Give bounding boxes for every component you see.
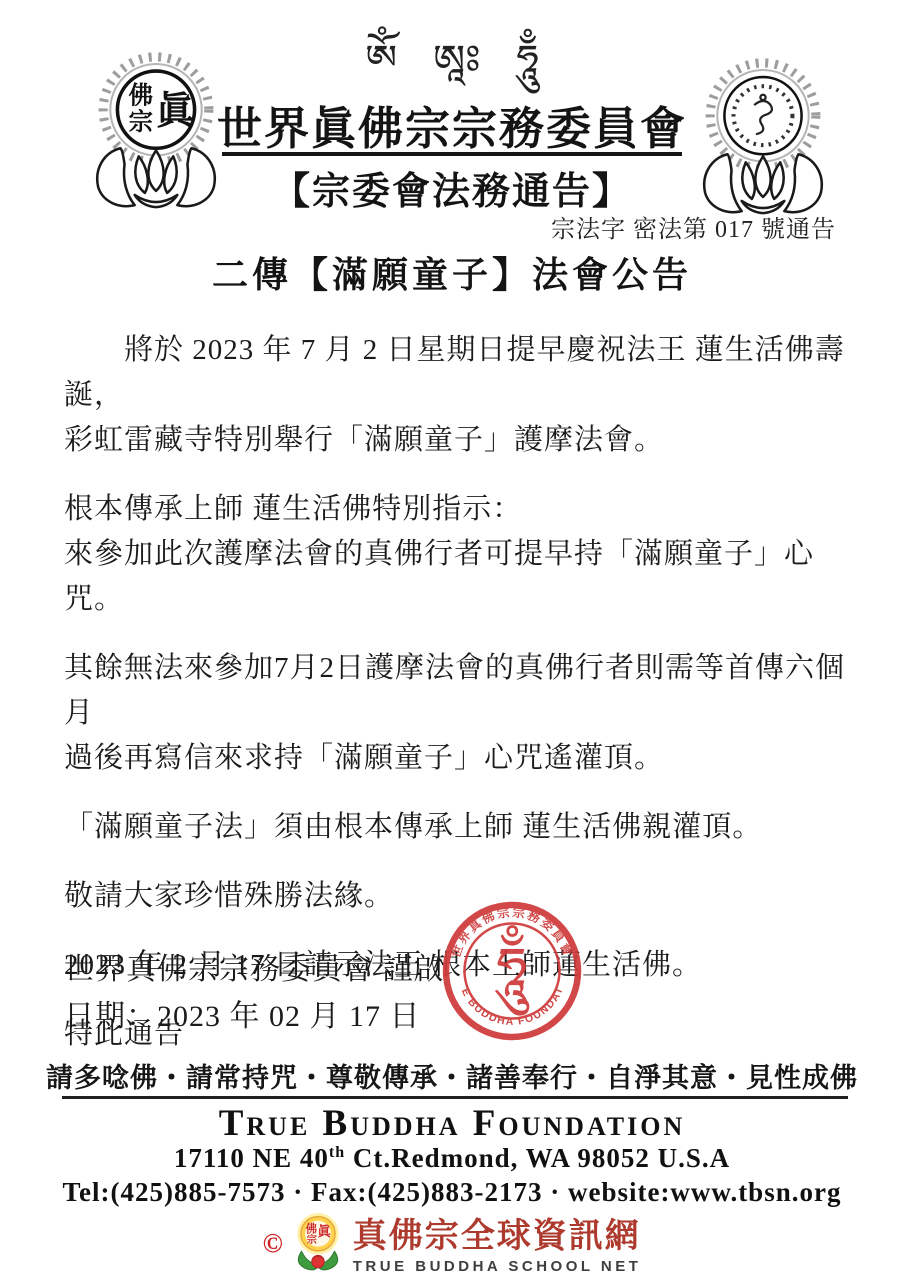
school-net-title-cn: 真佛宗全球資訊網	[353, 1218, 641, 1255]
foundation-address: 17110 NE 40th Ct.Redmond, WA 98052 U.S.A	[0, 1143, 904, 1174]
mini-emblem-character: 眞	[317, 1223, 331, 1239]
school-net-logo-row: © 佛 眞 宗 真佛宗全球資訊網 TRUE BUDDHA SCHOOL NET	[0, 1212, 904, 1275]
body-paragraph: 將於 2023 年 7 月 2 日星期日提早慶祝法王 蓮生活佛壽誕， 彩虹雷藏寺…	[64, 328, 848, 463]
copyright-mark: ©	[263, 1228, 283, 1259]
foundation-contact: Tel:(425)885-7573 · Fax:(425)883-2173 · …	[0, 1177, 904, 1208]
foundation-name-en: True Buddha Foundation	[0, 1102, 904, 1145]
body-paragraph: 「滿願童子法」須由根本傳承上師 蓮生活佛親灌頂。	[64, 805, 848, 850]
footer-divider	[62, 1096, 848, 1099]
footer-motto: 請多唸佛・請常持咒・尊敬傳承・諸善奉行・自淨其意・見性成佛	[0, 1056, 904, 1095]
signature-block: 世界真佛宗宗務委員會 謹啟 日期：2023 年 02 月 17 日	[64, 946, 445, 1040]
document-title: 二傳【滿願童子】法會公告	[0, 247, 904, 298]
mini-emblem-character: 宗	[306, 1233, 317, 1246]
signature-org-line: 世界真佛宗宗務委員會 謹啟	[64, 946, 445, 993]
address-prefix: 17110 NE 40	[174, 1143, 329, 1173]
mini-emblem-character: 佛	[305, 1222, 317, 1236]
foundation-seal-stamp-icon: 世界真佛宗宗務委員會 TRUE BUDDHA FOUNDATION ཧཱུྃ	[438, 897, 586, 1045]
school-net-title-en: TRUE BUDDHA SCHOOL NET	[353, 1258, 642, 1275]
org-name-title: 世界眞佛宗宗務委員會	[0, 92, 904, 157]
body-paragraph: 其餘無法來參加7月2日護摩法會的真佛行者則需等首傳六個月 過後再寫信來求持「滿願…	[64, 646, 848, 781]
notice-document-page: ཨོཾ ཨཱཿ ཧཱུྃ 佛 宗 眞	[0, 0, 904, 1280]
signature-date-line: 日期：2023 年 02 月 17 日	[64, 993, 445, 1040]
address-superscript: th	[329, 1144, 345, 1161]
address-suffix: Ct.Redmond, WA 98052 U.S.A	[345, 1143, 730, 1173]
school-net-logo-icon: 佛 眞 宗	[291, 1212, 345, 1272]
org-name-underline	[222, 152, 682, 156]
notice-type-label: 【宗委會法務通告】	[0, 160, 904, 215]
reference-number: 宗法字 密法第 017 號通告	[551, 209, 836, 244]
seal-center-seed-syllable: ཧཱུྃ	[494, 925, 530, 1016]
body-paragraph: 根本傳承上師 蓮生活佛特別指示： 來參加此次護摩法會的真佛行者可提早持「滿願童子…	[64, 487, 848, 622]
